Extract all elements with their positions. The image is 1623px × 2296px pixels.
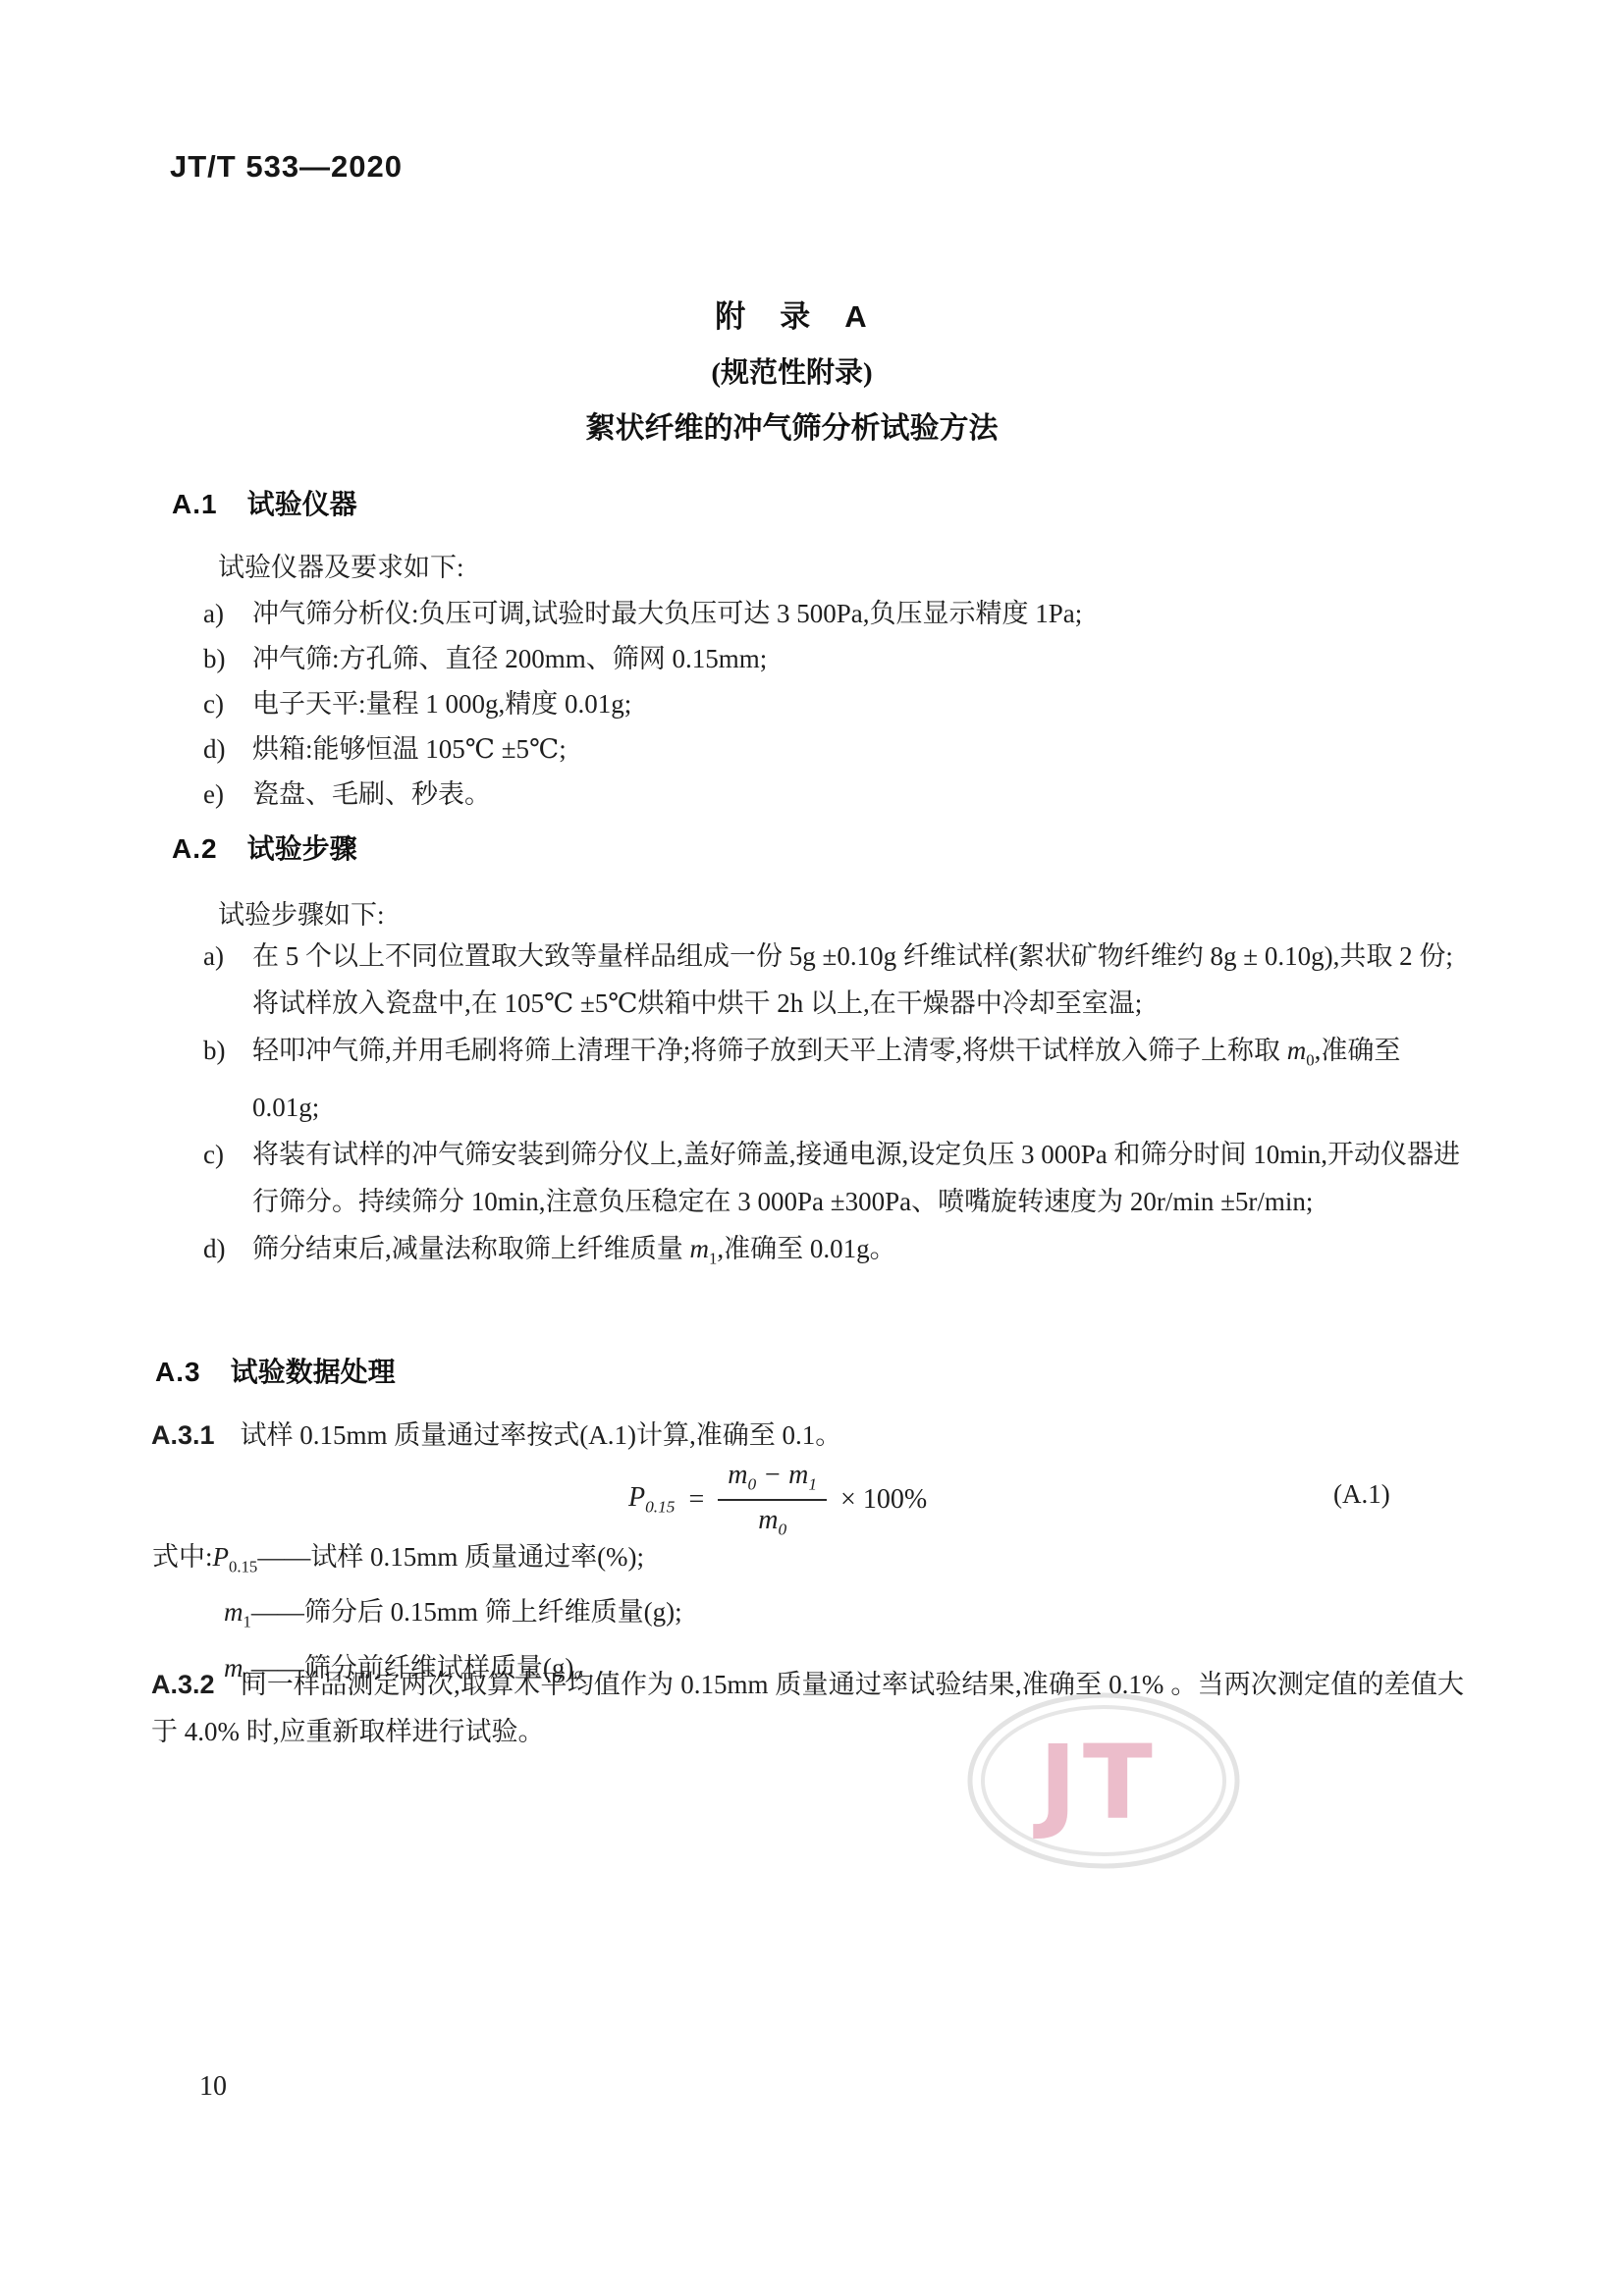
minus-sign: − — [763, 1460, 782, 1490]
clause-a32: A.3.2同一样品测定两次,取算术平均值作为 0.15mm 质量通过率试验结果,… — [151, 1661, 1464, 1755]
section-a1-heading: A.1试验仪器 — [172, 483, 357, 522]
clause-a32-text: 同一样品测定两次,取算术平均值作为 0.15mm 质量通过率试验结果,准确至 0… — [151, 1670, 1464, 1746]
section-a3-number: A.3 — [155, 1357, 201, 1387]
fraction: m0 − m1 m0 — [718, 1460, 827, 1539]
list-item: e) 瓷盘、毛刷、秒表。 — [203, 772, 1460, 817]
appendix-subtitle: (规范性附录) — [0, 350, 1584, 391]
variable-m0: m — [728, 1460, 747, 1490]
section-a1-list: a) 冲气筛分析仪:负压可调,试验时最大负压可达 3 500Pa,负压显示精度 … — [203, 591, 1460, 817]
variable-p-subscript: 0.15 — [645, 1498, 675, 1517]
list-item-label: d) — [203, 1225, 252, 1272]
list-item: c) 将装有试样的冲气筛安装到筛分仪上,盖好筛盖,接通电源,设定负压 3 000… — [203, 1131, 1460, 1225]
doc-number: JT/T 533—2020 — [170, 149, 403, 185]
section-a2-list: a) 在 5 个以上不同位置取大致等量样品组成一份 5g ±0.10g 纤维试样… — [203, 933, 1460, 1283]
clause-a31-number: A.3.1 — [151, 1420, 215, 1450]
formula-lhs: P0.15 — [628, 1482, 676, 1518]
multiplier: × 100% — [840, 1484, 927, 1516]
formula-tag: (A.1) — [1333, 1479, 1390, 1510]
definition-dash: —— — [251, 1597, 304, 1627]
equals-sign: = — [689, 1484, 705, 1516]
list-item-label: b) — [203, 1027, 252, 1074]
list-item-text: 冲气筛分析仪:负压可调,试验时最大负压可达 3 500Pa,负压显示精度 1Pa… — [252, 591, 1460, 636]
variable-m0: m — [758, 1505, 778, 1535]
appendix-title: 附 录 A — [0, 292, 1584, 336]
variable-p: P — [213, 1542, 230, 1572]
variable-m0-subscript: 0 — [748, 1475, 757, 1494]
where-row: m1——筛分后 0.15mm 筛上纤维质量(g); — [152, 1589, 682, 1644]
appendix-method-title: 絮状纤维的冲气筛分析试验方法 — [0, 403, 1584, 447]
list-item-text: 电子天平:量程 1 000g,精度 0.01g; — [252, 681, 1460, 726]
list-item: c) 电子天平:量程 1 000g,精度 0.01g; — [203, 681, 1460, 726]
variable-m1-subscript: 1 — [808, 1475, 817, 1494]
variable-m0-subscript: 0 — [1306, 1050, 1314, 1069]
appendix-title-block: 附 录 A (规范性附录) 絮状纤维的冲气筛分析试验方法 — [0, 292, 1584, 447]
variable-m1: m — [224, 1597, 243, 1627]
section-a2-title: 试验步骤 — [247, 833, 357, 864]
variable-m1-subscript: 1 — [243, 1613, 251, 1631]
variable-m0-subscript: 0 — [778, 1521, 786, 1539]
clause-a32-number: A.3.2 — [151, 1670, 215, 1699]
section-a1-title: 试验仪器 — [247, 489, 357, 519]
list-item-text-segment: ,准确至 0.01g。 — [717, 1234, 895, 1263]
section-a1-intro: 试验仪器及要求如下: — [218, 546, 464, 584]
list-item-text: 将装有试样的冲气筛安装到筛分仪上,盖好筛盖,接通电源,设定负压 3 000Pa … — [252, 1131, 1460, 1225]
list-item-label: a) — [203, 933, 252, 980]
formula-a1: P0.15 = m0 − m1 m0 × 100% — [628, 1456, 927, 1544]
list-item-text: 轻叩冲气筛,并用毛刷将筛上清理干净;将筛子放到天平上清零,将烘干试样放入筛子上称… — [252, 1027, 1460, 1131]
list-item: d) 筛分结束后,减量法称取筛上纤维质量 m1,准确至 0.01g。 — [203, 1225, 1460, 1282]
section-a3-title: 试验数据处理 — [231, 1357, 396, 1387]
formula-row: P0.15 = m0 − m1 m0 × 100% (A.1) — [0, 1456, 1623, 1544]
definition-dash: —— — [257, 1542, 310, 1572]
where-row: 式中:P0.15——试样 0.15mm 质量通过率(%); — [152, 1534, 682, 1589]
list-item-label: a) — [203, 591, 252, 636]
list-item: b) 轻叩冲气筛,并用毛刷将筛上清理干净;将筛子放到天平上清零,将烘干试样放入筛… — [203, 1027, 1460, 1131]
section-a1-number: A.1 — [172, 489, 218, 519]
variable-m1: m — [788, 1460, 808, 1490]
list-item-text: 筛分结束后,减量法称取筛上纤维质量 m1,准确至 0.01g。 — [252, 1225, 1460, 1282]
definition-text: 筛分后 0.15mm 筛上纤维质量(g); — [304, 1597, 682, 1627]
list-item-text: 在 5 个以上不同位置取大致等量样品组成一份 5g ±0.10g 纤维试样(絮状… — [252, 933, 1460, 1027]
where-prefix: 式中: — [152, 1542, 213, 1572]
clause-a31: A.3.1试样 0.15mm 质量通过率按式(A.1)计算,准确至 0.1。 — [151, 1412, 1467, 1459]
section-a2-intro: 试验步骤如下: — [218, 893, 385, 932]
document-page: JT JT/T 533—2020 附 录 A (规范性附录) 絮状纤维的冲气筛分… — [0, 0, 1623, 2296]
list-item-text: 烘箱:能够恒温 105℃ ±5℃; — [252, 726, 1460, 772]
list-item-text: 冲气筛:方孔筛、直径 200mm、筛网 0.15mm; — [252, 636, 1460, 681]
section-a2-number: A.2 — [172, 833, 218, 864]
page-number: 10 — [199, 2071, 227, 2103]
list-item-text-segment: 轻叩冲气筛,并用毛刷将筛上清理干净;将筛子放到天平上清零,将烘干试样放入筛子上称… — [252, 1036, 1287, 1065]
clause-a31-text: 试样 0.15mm 质量通过率按式(A.1)计算,准确至 0.1。 — [241, 1420, 842, 1450]
section-a3-heading: A.3试验数据处理 — [155, 1351, 396, 1390]
definition-text: 试样 0.15mm 质量通过率(%); — [310, 1542, 644, 1572]
list-item-label: d) — [203, 726, 252, 772]
variable-p-subscript: 0.15 — [229, 1557, 257, 1575]
list-item-label: b) — [203, 636, 252, 681]
section-a2-heading: A.2试验步骤 — [172, 828, 357, 867]
list-item: b) 冲气筛:方孔筛、直径 200mm、筛网 0.15mm; — [203, 636, 1460, 681]
list-item: a) 在 5 个以上不同位置取大致等量样品组成一份 5g ±0.10g 纤维试样… — [203, 933, 1460, 1027]
fraction-denominator: m0 — [718, 1501, 827, 1540]
list-item-label: c) — [203, 1131, 252, 1178]
fraction-numerator: m0 − m1 — [718, 1460, 827, 1501]
list-item-label: c) — [203, 681, 252, 726]
variable-m0: m — [1287, 1036, 1307, 1065]
variable-m1: m — [690, 1234, 710, 1263]
list-item: d) 烘箱:能够恒温 105℃ ±5℃; — [203, 726, 1460, 772]
list-item-text-segment: 筛分结束后,减量法称取筛上纤维质量 — [252, 1234, 690, 1263]
list-item-text: 瓷盘、毛刷、秒表。 — [252, 772, 1460, 817]
variable-p: P — [628, 1482, 645, 1513]
list-item: a) 冲气筛分析仪:负压可调,试验时最大负压可达 3 500Pa,负压显示精度 … — [203, 591, 1460, 636]
list-item-label: e) — [203, 772, 252, 817]
